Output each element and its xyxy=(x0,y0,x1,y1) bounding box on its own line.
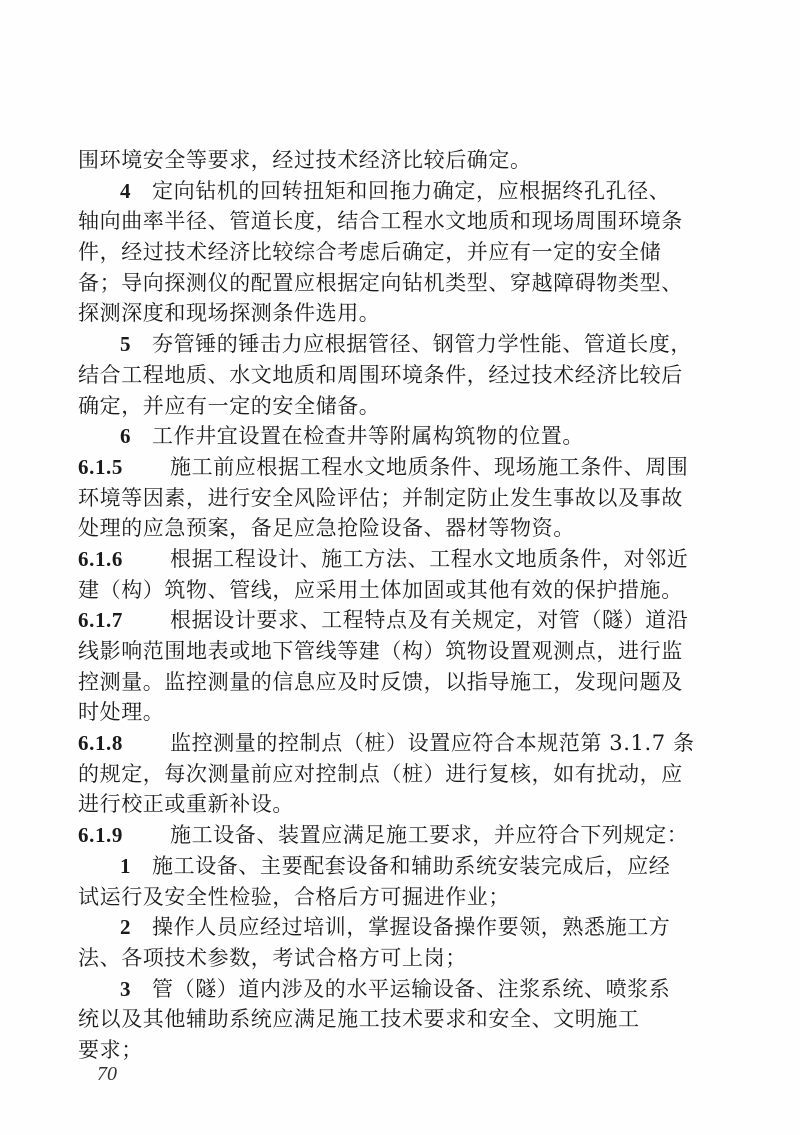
item-number: 6 xyxy=(120,421,152,452)
line-text: 的规定，每次测量前应对控制点（桩）进行复核，如有扰动，应 xyxy=(78,762,683,786)
clause-line: 6.1.6根据工程设计、施工方法、工程水文地质条件，对邻近 xyxy=(78,544,718,575)
continuation-line: 轴向曲率半径、管道长度，结合工程水文地质和现场周围环境条 xyxy=(78,206,718,237)
continuation-line: 探测深度和现场探测条件选用。 xyxy=(78,298,718,329)
line-text: 根据工程设计、施工方法、工程水文地质条件，对邻近 xyxy=(170,547,688,571)
line-text: 时处理。 xyxy=(78,700,164,724)
line-text: 线影响范围地表或地下管线等建（构）筑物设置观测点，进行监 xyxy=(78,639,683,663)
line-text: 确定，并应有一定的安全储备。 xyxy=(78,394,380,418)
continuation-line: 结合工程地质、水文地质和周围环境条件，经过技术经济比较后 xyxy=(78,360,718,391)
line-text: 轴向曲率半径、管道长度，结合工程水文地质和现场周围环境条 xyxy=(78,209,683,233)
item-line: 4定向钻机的回转扭矩和回拖力确定，应根据终孔孔径、 xyxy=(78,176,718,207)
continuation-line: 备；导向探测仪的配置应根据定向钻机类型、穿越障碍物类型、 xyxy=(78,268,718,299)
continuation-line: 环境等因素，进行安全风险评估；并制定防止发生事故以及事故 xyxy=(78,483,718,514)
item-number: 3 xyxy=(120,974,152,1005)
line-text: 操作人员应经过培训，掌握设备操作要领，熟悉施工方 xyxy=(152,915,670,939)
document-page: 围环境安全等要求，经过技术经济比较后确定。4定向钻机的回转扭矩和回拖力确定，应根… xyxy=(0,0,800,1135)
line-text: 进行校正或重新补设。 xyxy=(78,792,294,816)
line-text: 要求； xyxy=(78,1038,143,1062)
item-line: 2操作人员应经过培训，掌握设备操作要领，熟悉施工方 xyxy=(78,912,718,943)
line-text: 探测深度和现场探测条件选用。 xyxy=(78,301,380,325)
item-number: 1 xyxy=(120,851,152,882)
line-text: 夯管锤的锤击力应根据管径、钢管力学性能、管道长度， xyxy=(152,332,692,356)
continuation-line: 线影响范围地表或地下管线等建（构）筑物设置观测点，进行监 xyxy=(78,636,718,667)
continuation-line: 时处理。 xyxy=(78,697,718,728)
continuation-line: 的规定，每次测量前应对控制点（桩）进行复核，如有扰动，应 xyxy=(78,759,718,790)
line-text: 围环境安全等要求，经过技术经济比较后确定。 xyxy=(78,148,532,172)
clause-number: 6.1.8 xyxy=(78,728,170,759)
line-text: 建（构）筑物、管线，应采用土体加固或其他有效的保护措施。 xyxy=(78,578,683,602)
line-text: 施工设备、装置应满足施工要求，并应符合下列规定： xyxy=(170,823,688,847)
line-text: 工作井宜设置在检查井等附属构筑物的位置。 xyxy=(152,424,584,448)
item-line: 6工作井宜设置在检查井等附属构筑物的位置。 xyxy=(78,421,718,452)
line-text: 统以及其他辅助系统应满足施工技术要求和安全、文明施工 xyxy=(78,1007,640,1031)
body-text: 围环境安全等要求，经过技术经济比较后确定。4定向钻机的回转扭矩和回拖力确定，应根… xyxy=(78,145,718,1066)
item-line: 3管（隧）道内涉及的水平运输设备、注浆系统、喷浆系 xyxy=(78,974,718,1005)
continuation-line: 法、各项技术参数，考试合格方可上岗； xyxy=(78,943,718,974)
item-number: 4 xyxy=(120,176,152,207)
item-number: 2 xyxy=(120,912,152,943)
clause-line: 6.1.8监控测量的控制点（桩）设置应符合本规范第 3.1.7 条 xyxy=(78,728,718,759)
line-text: 结合工程地质、水文地质和周围环境条件，经过技术经济比较后 xyxy=(78,363,683,387)
line-text: 处理的应急预案，备足应急抢险设备、器材等物资。 xyxy=(78,516,575,540)
line-text: 环境等因素，进行安全风险评估；并制定防止发生事故以及事故 xyxy=(78,486,683,510)
continuation-line: 件，经过技术经济比较综合考虑后确定，并应有一定的安全储 xyxy=(78,237,718,268)
clause-number: 6.1.5 xyxy=(78,452,170,483)
line-text: 施工设备、主要配套设备和辅助系统安装完成后，应经 xyxy=(152,854,670,878)
line-text: 件，经过技术经济比较综合考虑后确定，并应有一定的安全储 xyxy=(78,240,661,264)
line-text: 定向钻机的回转扭矩和回拖力确定，应根据终孔孔径、 xyxy=(152,179,670,203)
continuation-line: 围环境安全等要求，经过技术经济比较后确定。 xyxy=(78,145,718,176)
continuation-line: 要求； xyxy=(78,1035,718,1066)
continuation-line: 试运行及安全性检验，合格后方可掘进作业； xyxy=(78,882,718,913)
line-text: 备；导向探测仪的配置应根据定向钻机类型、穿越障碍物类型、 xyxy=(78,271,683,295)
line-text: 施工前应根据工程水文地质条件、现场施工条件、周围 xyxy=(170,455,688,479)
line-text: 控测量。监控测量的信息应及时反馈，以指导施工，发现问题及 xyxy=(78,670,683,694)
clause-number: 6.1.6 xyxy=(78,544,170,575)
item-number: 5 xyxy=(120,329,152,360)
line-text: 监控测量的控制点（桩）设置应符合本规范第 3.1.7 条 xyxy=(170,731,695,755)
item-line: 5夯管锤的锤击力应根据管径、钢管力学性能、管道长度， xyxy=(78,329,718,360)
continuation-line: 建（构）筑物、管线，应采用土体加固或其他有效的保护措施。 xyxy=(78,575,718,606)
line-text: 试运行及安全性检验，合格后方可掘进作业； xyxy=(78,885,510,909)
continuation-line: 控测量。监控测量的信息应及时反馈，以指导施工，发现问题及 xyxy=(78,667,718,698)
clause-number: 6.1.9 xyxy=(78,820,170,851)
line-text: 法、各项技术参数，考试合格方可上岗； xyxy=(78,946,467,970)
continuation-line: 统以及其他辅助系统应满足施工技术要求和安全、文明施工 xyxy=(78,1004,718,1035)
line-text: 根据设计要求、工程特点及有关规定，对管（隧）道沿 xyxy=(170,608,688,632)
clause-line: 6.1.5施工前应根据工程水文地质条件、现场施工条件、周围 xyxy=(78,452,718,483)
page-number: 70 xyxy=(97,1063,117,1086)
line-text: 管（隧）道内涉及的水平运输设备、注浆系统、喷浆系 xyxy=(152,977,670,1001)
clause-number: 6.1.7 xyxy=(78,605,170,636)
item-line: 1施工设备、主要配套设备和辅助系统安装完成后，应经 xyxy=(78,851,718,882)
clause-line: 6.1.9施工设备、装置应满足施工要求，并应符合下列规定： xyxy=(78,820,718,851)
continuation-line: 确定，并应有一定的安全储备。 xyxy=(78,391,718,422)
continuation-line: 进行校正或重新补设。 xyxy=(78,789,718,820)
continuation-line: 处理的应急预案，备足应急抢险设备、器材等物资。 xyxy=(78,513,718,544)
clause-line: 6.1.7根据设计要求、工程特点及有关规定，对管（隧）道沿 xyxy=(78,605,718,636)
